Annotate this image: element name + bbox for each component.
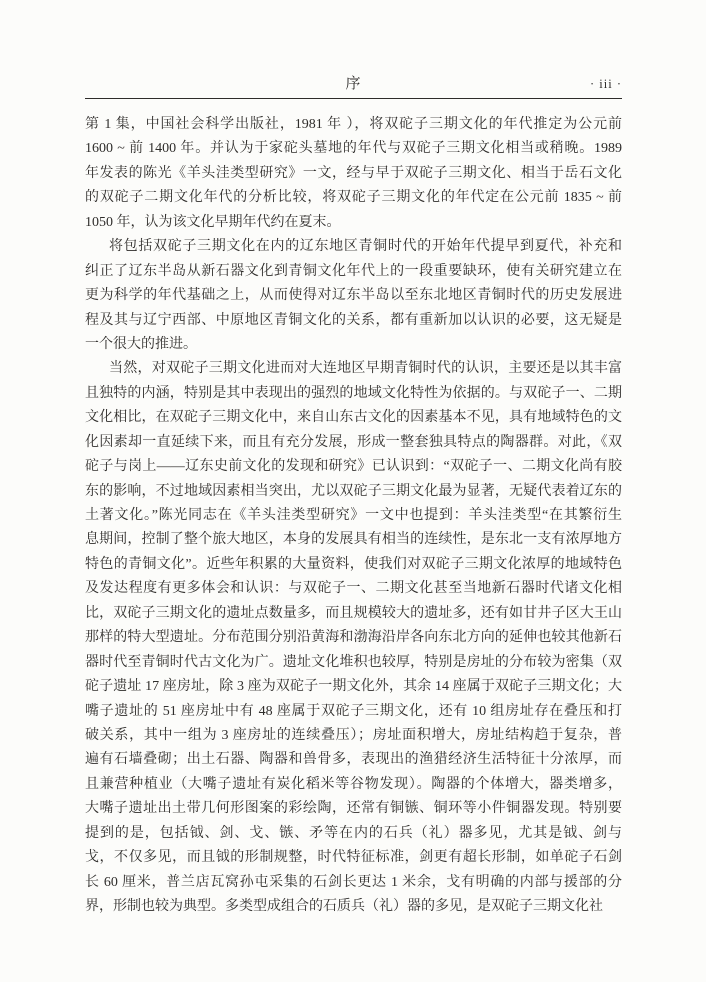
text-line: 长 60 厘米，普兰店瓦窝孙屯采集的石剑长更达 1 米余，戈有明确的内部与援部的… xyxy=(85,871,622,895)
text-line: 且兼营种植业（大嘴子遗址有炭化稻米等谷物发现）。陶器的个体增大，器类增多， xyxy=(85,773,622,797)
text-line: 器时代至青铜时代古文化为广。遗址文化堆积也较厚，特别是房址的分布较为密集（双 xyxy=(85,651,622,675)
text-line: 及发达程度有更多体会和认识：与双砣子一、二期文化甚至当地新石器时代诸文化相 xyxy=(85,577,622,601)
text-line: 嘴子遗址的 51 座房址中有 48 座属于双砣子三期文化，还有 10 组房址存在… xyxy=(85,700,622,724)
text-line: 那样的特大型遗址。分布范围分别沿黄海和渤海沿岸各向东北方向的延伸也较其他新石 xyxy=(85,626,622,650)
text-line: 大嘴子遗址出土带几何形图案的彩绘陶，还常有铜镞、铜环等小件铜器发现。特别要 xyxy=(85,797,622,821)
text-line: 且独特的内涵，特别是其中表现出的强烈的地域文化特性为依据的。与双砣子一、二期 xyxy=(85,382,622,406)
text-line: 戈，不仅多见，而且钺的形制规整，时代特征标准，剑更有超长形制，如单砣子石剑 xyxy=(85,846,622,870)
text-line: 更为科学的年代基础之上，从而使得对辽东半岛以至东北地区青铜时代的历史发展进 xyxy=(85,284,622,308)
book-page: 序 · iii · 第 1 集，中国社会科学出版社，1981 年 ），将双砣子三… xyxy=(0,0,706,982)
text-line: 1050 年，认为该文化早期年代约在夏末。 xyxy=(85,211,622,235)
text-line: 程及其与辽宁西部、中原地区青铜文化的关系，都有重新加以认识的必要，这无疑是 xyxy=(85,309,622,333)
text-line: 文化相比，在双砣子三期文化中，来自山东古文化的因素基本不见，具有地域特色的文 xyxy=(85,406,622,430)
text-line: 第 1 集，中国社会科学出版社，1981 年 ），将双砣子三期文化的年代推定为公… xyxy=(85,113,622,137)
text-line: 东的影响，不过地域因素相当突出，尤以双砣子三期文化最为显著，无疑代表着辽东的 xyxy=(85,480,622,504)
text-line: 土著文化。”陈光同志在《羊头洼类型研究》一文中也提到：羊头洼类型“在其繁衍生 xyxy=(85,504,622,528)
text-line: 特色的青铜文化”。近些年积累的大量资料，使我们对双砣子三期文化浓厚的地域特色 xyxy=(85,553,622,577)
text-line: 当然，对双砣子三期文化进而对大连地区早期青铜时代的认识，主要还是以其丰富 xyxy=(85,357,622,381)
text-line: 砣子遗址 17 座房址，除 3 座为双砣子一期文化外，其余 14 座属于双砣子三… xyxy=(85,675,622,699)
text-line: 一个很大的推进。 xyxy=(85,333,622,357)
text-line: 将包括双砣子三期文化在内的辽东地区青铜时代的开始年代提早到夏代，补充和 xyxy=(85,235,622,259)
chapter-title: 序 xyxy=(345,72,361,93)
header-rule xyxy=(85,98,622,99)
text-line: 提到的是，包括钺、剑、戈、镞、矛等在内的石兵（礼）器多见，尤其是钺、剑与 xyxy=(85,822,622,846)
page-header: 序 · iii · xyxy=(85,72,622,93)
text-line: 年发表的陈光《羊头洼类型研究》一文，经与早于双砣子三期文化、相当于岳石文化 xyxy=(85,162,622,186)
text-line: 砣子与岗上——辽东史前文化的发现和研究》已认识到：“双砣子一、二期文化尚有胶 xyxy=(85,455,622,479)
text-line: 1600 ~ 前 1400 年。并认为于家砣头墓地的年代与双砣子三期文化相当或稍… xyxy=(85,137,622,161)
text-line: 纠正了辽东半岛从新石器文化到青铜文化年代上的一段重要缺环，使有关研究建立在 xyxy=(85,260,622,284)
text-line: 比，双砣子三期文化的遗址点数量多，而且规模较大的遗址多，还有如甘井子区大王山 xyxy=(85,602,622,626)
text-line: 的双砣子二期文化年代的分析比较，将双砣子三期文化的年代定在公元前 1835 ~ … xyxy=(85,186,622,210)
text-line: 化因素却一直延续下来，而且有充分发展，形成一整套独具特点的陶器群。对此，《双 xyxy=(85,431,622,455)
text-line: 息期间，控制了整个旅大地区，本身的发展具有相当的连续性，是东北一支有浓厚地方 xyxy=(85,528,622,552)
page-number: · iii · xyxy=(590,77,622,92)
text-line: 界，形制也较为典型。多类型成组合的石质兵（礼）器的多见，是双砣子三期文化社 xyxy=(85,895,622,919)
text-line: 遍有石墙叠砌；出土石器、陶器和兽骨多，表现出的渔猎经济生活特征十分浓厚，而 xyxy=(85,748,622,772)
page-body: 第 1 集，中国社会科学出版社，1981 年 ），将双砣子三期文化的年代推定为公… xyxy=(85,113,622,919)
text-line: 破关系，其中一组为 3 座房址的连续叠压）；房址面积增大，房址结构趋于复杂，普 xyxy=(85,724,622,748)
